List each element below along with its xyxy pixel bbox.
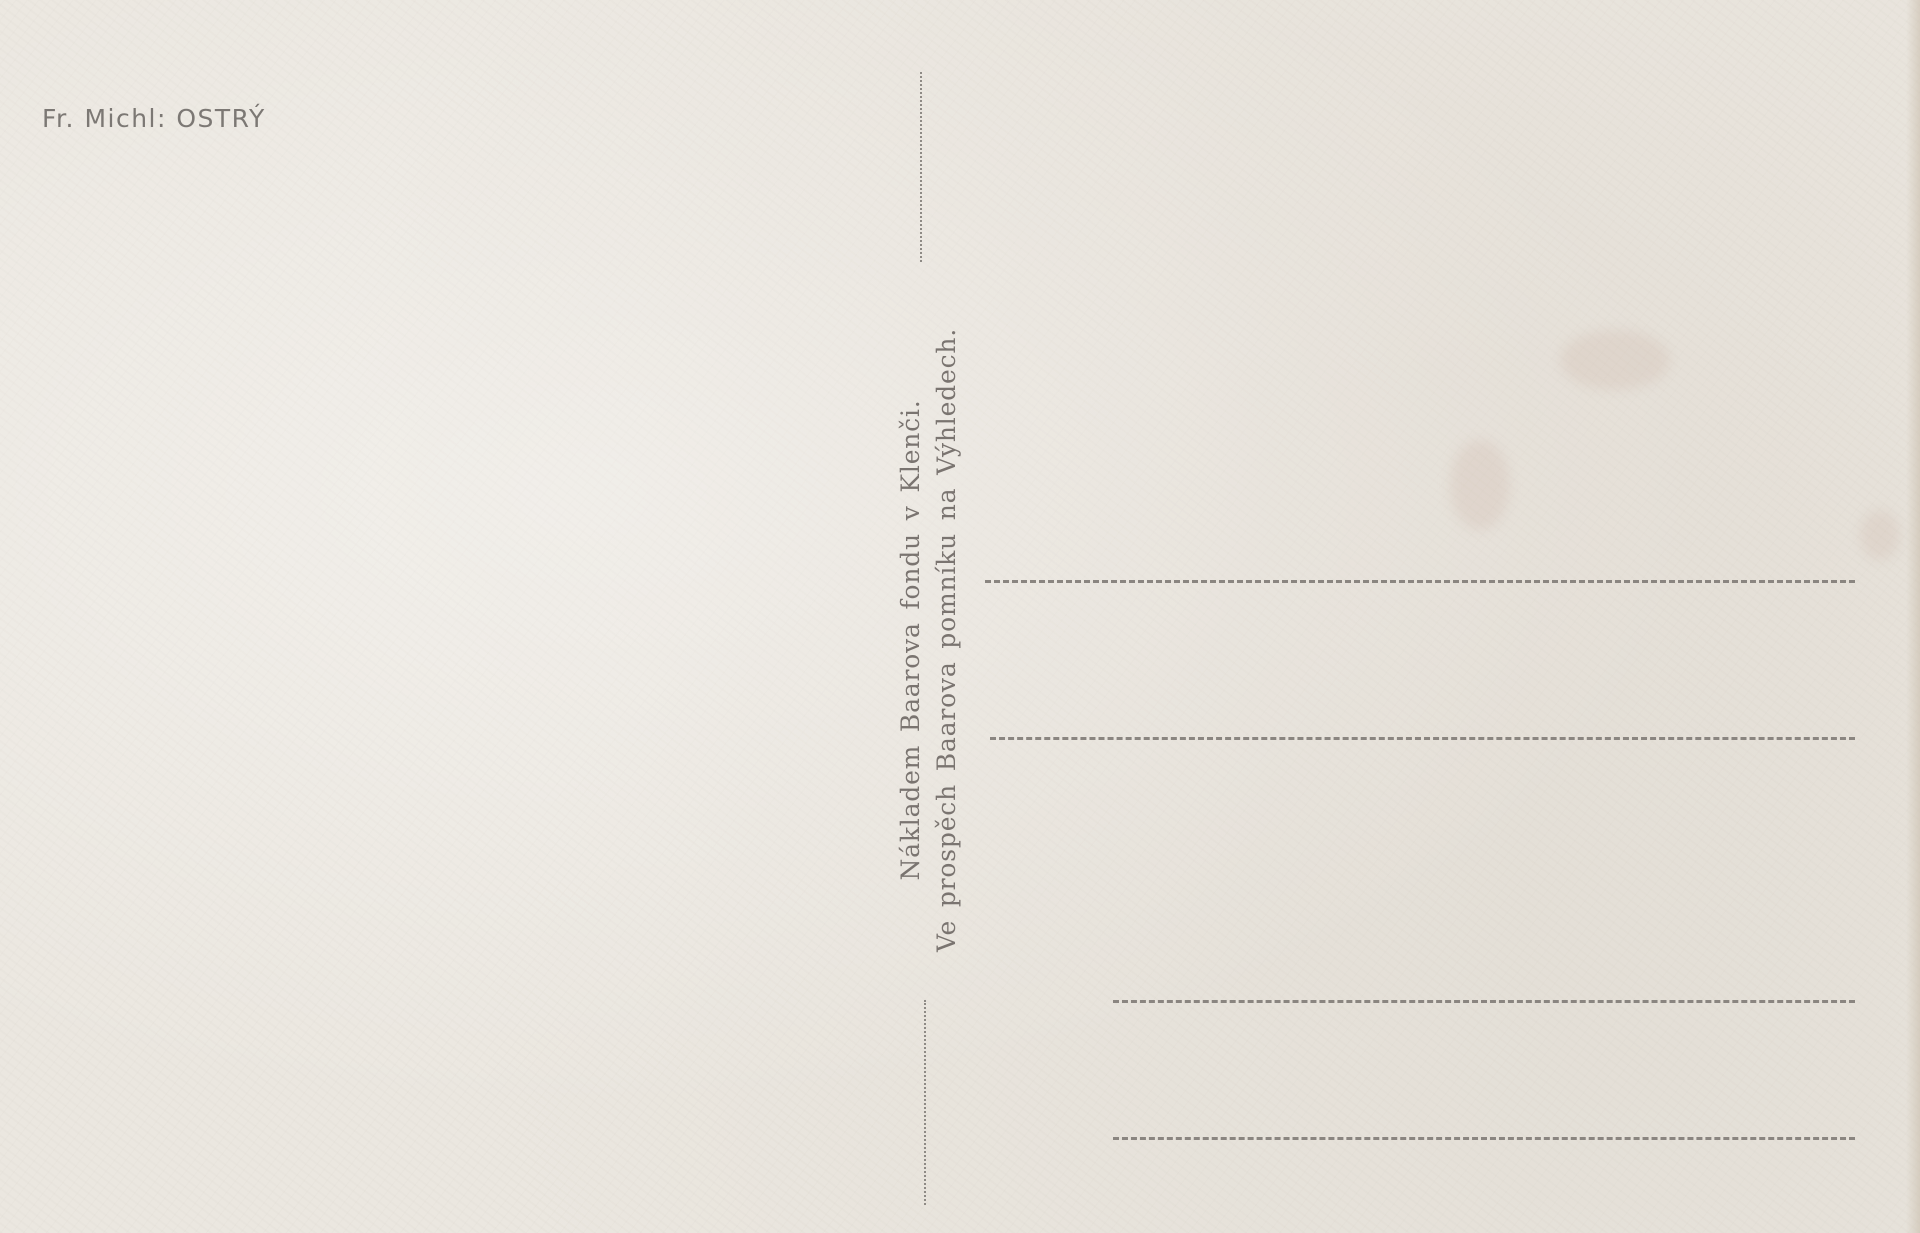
worn-edge <box>1906 0 1920 1233</box>
publisher-line-2: Ve prospěch Baarova pomníku na Výhledech… <box>929 328 965 952</box>
center-divider-bottom <box>924 1000 926 1205</box>
address-line-4 <box>1113 1137 1855 1140</box>
address-line-2 <box>990 737 1855 740</box>
paper-stain <box>1860 510 1900 560</box>
artwork-title: Fr. Michl: OSTRÝ <box>42 104 266 133</box>
publisher-line-1: Nákladem Baarova fondu v Klenči. <box>893 328 929 952</box>
paper-stain <box>1560 330 1670 390</box>
paper-stain <box>1450 440 1510 530</box>
publisher-imprint: Nákladem Baarova fondu v Klenči. Ve pros… <box>893 328 965 952</box>
address-line-1 <box>985 580 1855 583</box>
postcard-back: Fr. Michl: OSTRÝ Nákladem Baarova fondu … <box>0 0 1920 1233</box>
address-line-3 <box>1113 1000 1855 1003</box>
center-divider-top <box>920 72 922 262</box>
